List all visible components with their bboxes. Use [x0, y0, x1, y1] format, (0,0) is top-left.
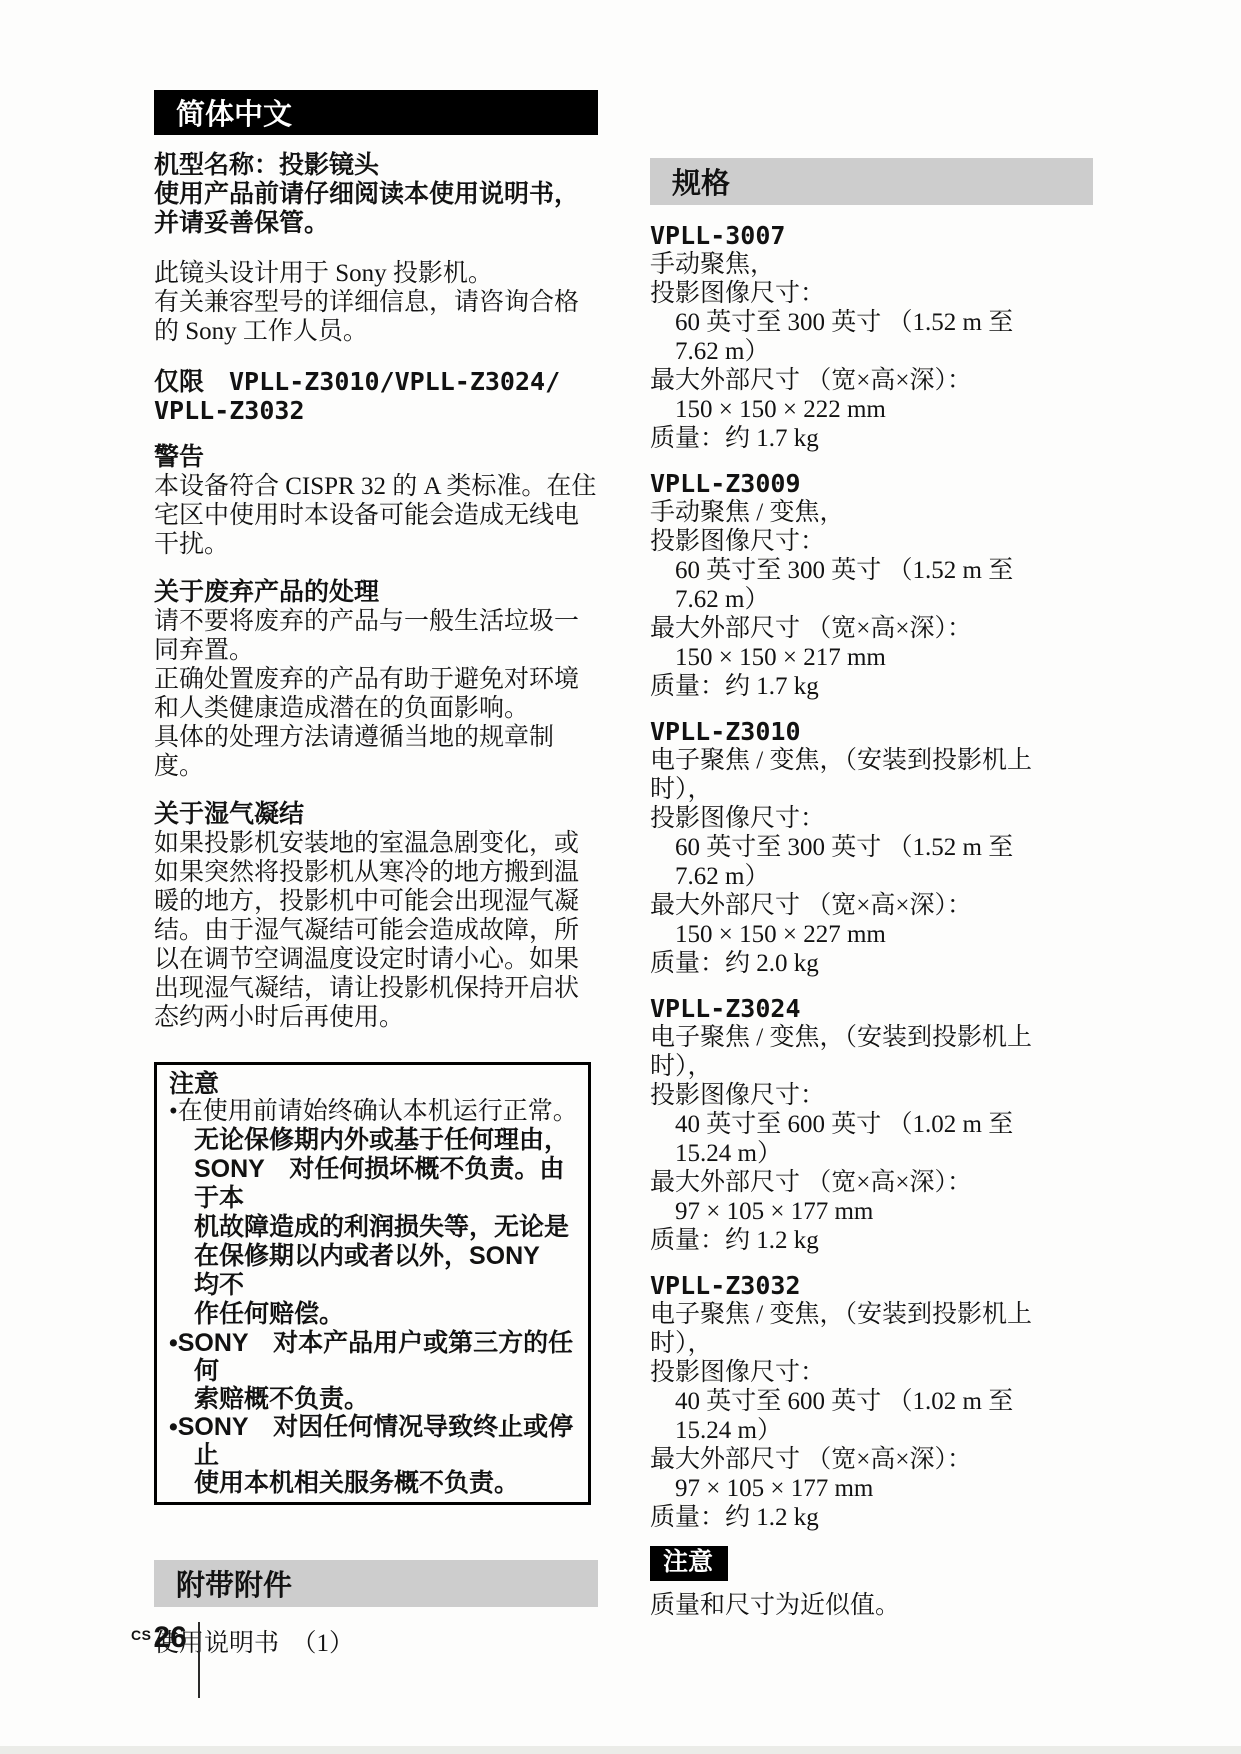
- page-footer: CS 26: [131, 1622, 200, 1698]
- warning-text: 本设备符合 CISPR 32 的 A 类标准。在住 宅区中使用时本设备可能会造成…: [154, 472, 598, 559]
- model-section: VPLL-Z3024 电子聚焦 / 变焦，（安装到投影机上 时）， 投影图像尺寸…: [650, 994, 1093, 1255]
- note-bullet-3: •SONY 对因任何情况导致终止或停止 使用本机相关服务概不负责。: [169, 1413, 582, 1497]
- language-banner: 简体中文: [154, 90, 598, 135]
- footer-language-code: CS: [131, 1627, 151, 1643]
- note-bullet-1-regular: •在使用前请始终确认本机运行正常。: [169, 1098, 578, 1125]
- disposal-heading: 关于废弃产品的处理: [154, 578, 598, 607]
- model-name-heading: VPLL-Z3010: [650, 717, 1093, 746]
- model-specs-text: 手动聚焦， 投影图像尺寸： 60 英寸至 300 英寸 （1.52 m 至 7.…: [650, 250, 1093, 453]
- model-name-heading: VPLL-Z3009: [650, 469, 1093, 498]
- note-bullet-2: •SONY 对本产品用户或第三方的任何 索赔概不负责。: [169, 1329, 582, 1413]
- only-models-text: 仅限 VPLL-Z3010/VPLL-Z3024/ VPLL-Z3032: [154, 367, 598, 425]
- accessories-item: 使用说明书 （1）: [154, 1629, 598, 1658]
- model-name-notice: 机型名称：投影镜头 使用产品前请仔细阅读本使用说明书， 并请妥善保管。: [154, 151, 598, 238]
- specs-note-badge: 注意: [650, 1546, 728, 1581]
- model-section: VPLL-Z3032 电子聚焦 / 变焦，（安装到投影机上 时）， 投影图像尺寸…: [650, 1271, 1093, 1532]
- disposal-text: 请不要将废弃的产品与一般生活垃圾一 同弃置。 正确处置废弃的产品有助于避免对环境…: [154, 607, 598, 781]
- model-specs-text: 电子聚焦 / 变焦，（安装到投影机上 时）， 投影图像尺寸： 40 英寸至 60…: [650, 1023, 1093, 1255]
- model-specs-text: 电子聚焦 / 变焦，（安装到投影机上 时）， 投影图像尺寸： 40 英寸至 60…: [650, 1300, 1093, 1532]
- note-bullet-1: •在使用前请始终确认本机运行正常。 无论保修期内外或基于任何理由， SONY 对…: [169, 1098, 582, 1329]
- note-box-title: 注意: [169, 1070, 582, 1098]
- specs-header: 规格: [650, 158, 1093, 205]
- model-name-heading: VPLL-Z3024: [650, 994, 1093, 1023]
- model-name-heading: VPLL-3007: [650, 221, 1093, 250]
- condensation-text: 如果投影机安装地的室温急剧变化，或 如果突然将投影机从寒冷的地方搬到温 暖的地方…: [154, 829, 598, 1032]
- designed-for-text: 此镜头设计用于 Sony 投影机。 有关兼容型号的详细信息，请咨询合格 的 So…: [154, 259, 598, 346]
- page-edge-shading: [0, 1746, 1241, 1754]
- footer-rule: [198, 1622, 200, 1698]
- note-bullet-1-bold: 无论保修期内外或基于任何理由， SONY 对任何损坏概不负责。由于本 机故障造成…: [194, 1126, 569, 1328]
- accessories-header: 附带附件: [154, 1560, 598, 1607]
- specs-note-text: 质量和尺寸为近似值。: [650, 1591, 1093, 1620]
- note-box: 注意 •在使用前请始终确认本机运行正常。 无论保修期内外或基于任何理由， SON…: [154, 1062, 591, 1505]
- manual-page: 简体中文 机型名称：投影镜头 使用产品前请仔细阅读本使用说明书， 并请妥善保管。…: [0, 0, 1241, 1754]
- condensation-heading: 关于湿气凝结: [154, 800, 598, 829]
- model-section: VPLL-Z3010 电子聚焦 / 变焦，（安装到投影机上 时）， 投影图像尺寸…: [650, 717, 1093, 978]
- model-section: VPLL-Z3009 手动聚焦 / 变焦， 投影图像尺寸： 60 英寸至 300…: [650, 469, 1093, 701]
- model-name-heading: VPLL-Z3032: [650, 1271, 1093, 1300]
- warning-heading: 警告: [154, 443, 598, 472]
- accessories-header-label: 附带附件: [176, 1563, 292, 1604]
- page-number: 26: [153, 1622, 186, 1654]
- specs-header-label: 规格: [672, 161, 730, 202]
- model-specs-text: 电子聚焦 / 变焦，（安装到投影机上 时）， 投影图像尺寸： 60 英寸至 30…: [650, 746, 1093, 978]
- right-column: 规格 VPLL-3007 手动聚焦， 投影图像尺寸： 60 英寸至 300 英寸…: [650, 158, 1093, 1620]
- left-column: 简体中文 机型名称：投影镜头 使用产品前请仔细阅读本使用说明书， 并请妥善保管。…: [154, 90, 598, 1658]
- language-banner-label: 简体中文: [176, 92, 292, 133]
- model-specs-text: 手动聚焦 / 变焦， 投影图像尺寸： 60 英寸至 300 英寸 （1.52 m…: [650, 498, 1093, 701]
- model-section: VPLL-3007 手动聚焦， 投影图像尺寸： 60 英寸至 300 英寸 （1…: [650, 221, 1093, 453]
